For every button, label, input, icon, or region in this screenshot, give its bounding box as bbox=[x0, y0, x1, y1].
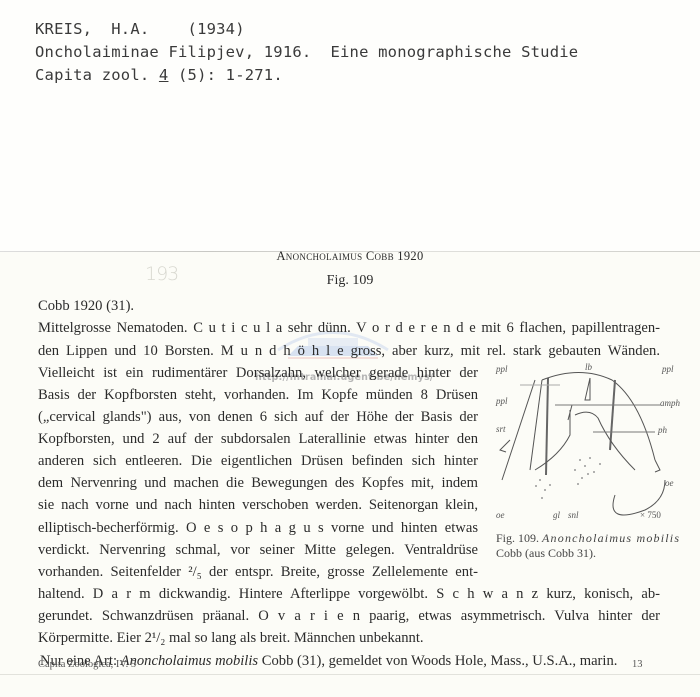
body-line-3: den Lippen und 10 Borsten. M u n d h ö h… bbox=[38, 341, 660, 361]
label-ppl: ppl bbox=[496, 396, 508, 406]
figure-caption: Fig. 109. Anoncholaimus mobilis Cobb (au… bbox=[496, 531, 696, 561]
label-ph: ph bbox=[658, 425, 667, 435]
body-line-5: Basis der Kopfborsten steht, vorhanden. … bbox=[38, 385, 478, 405]
label-oe: oe bbox=[665, 478, 674, 488]
body-line-4: Vielleicht ist ein rudimentärer Dorsalza… bbox=[38, 363, 478, 383]
label-srt: srt bbox=[496, 424, 506, 434]
body-line-8: anderen sich entleeren. Die eigentlichen… bbox=[38, 451, 478, 471]
running-head: Anoncholaimus Cobb 1920 bbox=[0, 249, 700, 264]
caption-species: Anoncholaimus mobilis bbox=[542, 531, 680, 545]
body-line-12: verdickt. Nervenring schmal, vor seiner … bbox=[38, 540, 478, 560]
card-year: (1934) bbox=[188, 20, 245, 38]
body-line-15: gerundet. Schwanzdrüsen präanal. O v a r… bbox=[38, 606, 660, 626]
label-gl: gl bbox=[553, 510, 560, 520]
label-ppl: ppl bbox=[662, 364, 674, 374]
label-ppl: ppl bbox=[496, 364, 508, 374]
body-line-7: Kopfborsten, und 2 auf der subdorsalen L… bbox=[38, 429, 478, 449]
label-oe: oe bbox=[496, 510, 505, 520]
pencil-annotation: 193 bbox=[145, 263, 178, 285]
figure-reference: Fig. 109 bbox=[0, 273, 700, 289]
body-line-10: sie nach vorne und nach hinten verschobe… bbox=[38, 495, 478, 515]
page-number: 13 bbox=[632, 659, 643, 670]
body-line-6: („cervical glands") aus, von denen 6 sic… bbox=[38, 407, 478, 427]
species-name: Anoncholaimus mobilis bbox=[121, 653, 258, 669]
body-line-14: haltend. D a r m dickwandig. Hintere Aft… bbox=[38, 584, 660, 604]
label-lb: lb bbox=[585, 362, 592, 372]
body-line-16: Körpermitte. Eier 2¹/₂ mal so lang als b… bbox=[38, 628, 424, 648]
figure-109-illustration: ppl lb ppl ppl amph srt ph oe gl snl oe … bbox=[490, 360, 700, 530]
page-bottom-edge bbox=[0, 674, 700, 675]
footer-journal: Capita Zoologica, IV. 5 bbox=[38, 659, 136, 670]
card-author: KREIS, H.A. bbox=[35, 20, 149, 38]
index-card bbox=[0, 0, 700, 255]
nematode-head-drawing-icon bbox=[490, 360, 700, 530]
label-magnification: × 750 bbox=[640, 510, 661, 520]
body-line-13: vorhanden. Seitenfelder ²/₅ der entspr. … bbox=[38, 562, 478, 582]
body-line-9: dem Nervenring und machen die Bewegungen… bbox=[38, 473, 478, 493]
body-line-11: elliptisch-becherförmig. O e s o p h a g… bbox=[38, 518, 478, 538]
card-citation: Capita zool. 4 (5): 1-271. bbox=[35, 66, 283, 84]
label-amph: amph bbox=[660, 398, 680, 408]
card-title: Oncholaiminae Filipjev, 1916. Eine monog… bbox=[35, 43, 578, 61]
card-author-line: KREIS, H.A. (1934) bbox=[35, 20, 245, 38]
body-line-2: Mittelgrosse Nematoden. C u t i c u l a … bbox=[38, 318, 660, 338]
label-snl: snl bbox=[568, 510, 579, 520]
body-line-1: Cobb 1920 (31). bbox=[38, 296, 134, 316]
